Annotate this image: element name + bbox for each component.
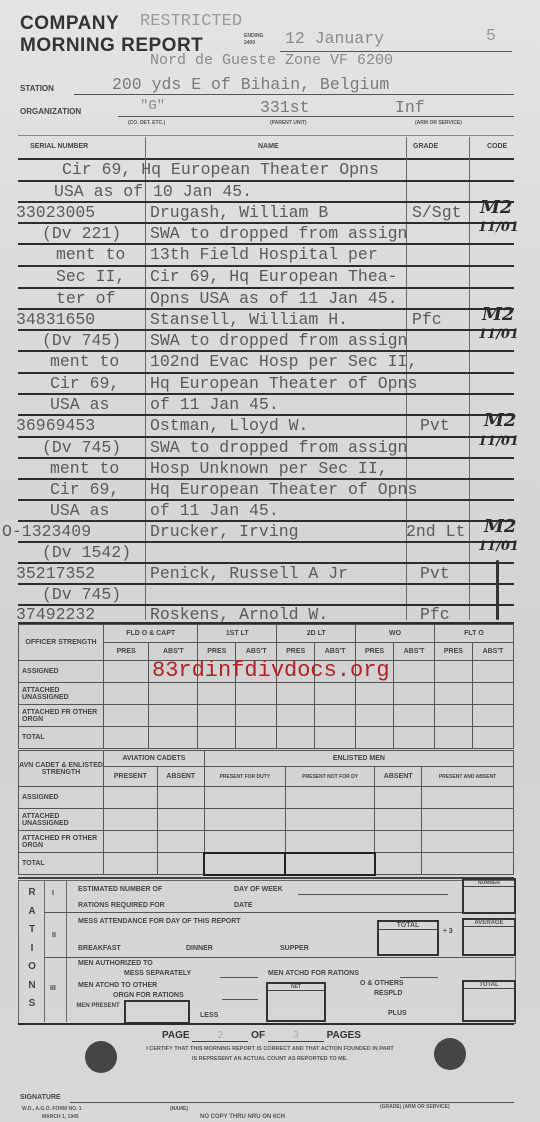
- line-text: of 11 Jan 45.: [150, 395, 279, 414]
- cell[interactable]: [236, 683, 277, 705]
- line-text: SWA to dropped from assign: [150, 224, 407, 243]
- organization-label: ORGANIZATION: [20, 107, 81, 116]
- cell[interactable]: [315, 727, 356, 749]
- line-text: Hosp Unknown per Sec II,: [150, 459, 388, 478]
- total-box-section3[interactable]: TOTAL: [462, 980, 516, 1022]
- form-date: MARCH 1, 1945: [42, 1114, 79, 1120]
- col-serial-number: SERIAL NUMBER: [30, 143, 88, 150]
- cell[interactable]: [435, 661, 473, 683]
- enlisted-strength-title: AVN CADET & ENLISTED STRENGTH: [19, 751, 104, 787]
- line-text: 102nd Evac Hosp per Sec II,: [150, 352, 417, 371]
- ending-label: ENDING 2400: [244, 33, 272, 47]
- dinner-label: DINNER: [186, 945, 213, 952]
- soldier-name: Stansell, William H.: [150, 310, 348, 329]
- col-present-not-for-duty: PRESENT NOT FOR DY: [285, 767, 374, 787]
- cell[interactable]: [236, 727, 277, 749]
- grade: 2nd Lt: [406, 522, 465, 541]
- line-text: 13th Field Hospital per: [150, 245, 378, 264]
- of-label: OF: [251, 1030, 265, 1041]
- serial-number: O-1323409: [2, 522, 91, 541]
- cell[interactable]: [422, 787, 514, 809]
- name-label: (NAME): [170, 1106, 188, 1112]
- aviation-cadets-header: AVIATION CADETS: [104, 751, 205, 767]
- supper-label: SUPPER: [280, 945, 309, 952]
- men-present-box[interactable]: [124, 1000, 190, 1024]
- page-number: 2: [192, 1030, 248, 1042]
- cell[interactable]: [104, 727, 149, 749]
- cell[interactable]: [277, 683, 315, 705]
- line-serial: USA as: [50, 501, 109, 520]
- cell[interactable]: [356, 705, 394, 727]
- rations-required-label: RATIONS REQUIRED FOR: [78, 902, 165, 909]
- row-label-assigned: ASSIGNED: [19, 787, 104, 809]
- men-atchd-for-rations-label: MEN ATCHD FOR RATIONS: [268, 970, 359, 977]
- restricted-stamp: RESTRICTED: [140, 12, 242, 31]
- serial-number: 34831650: [16, 310, 95, 329]
- cell-total-pnfd[interactable]: [285, 853, 374, 875]
- cell[interactable]: [198, 727, 236, 749]
- net-box[interactable]: NET: [266, 982, 326, 1022]
- cell[interactable]: [277, 727, 315, 749]
- total-box[interactable]: TOTAL: [377, 920, 439, 956]
- breakfast-label: BREAKFAST: [78, 945, 121, 952]
- sub-header-abst: ABS'T: [472, 643, 513, 661]
- soldier-name: Drucker, Irving: [150, 522, 299, 541]
- number-box[interactable]: NUMBER: [462, 878, 516, 914]
- line-serial: Cir 69,: [50, 374, 119, 393]
- officer-strength-title: OFFICER STRENGTH: [19, 625, 104, 661]
- day-of-week-label: DAY OF WEEK: [234, 886, 283, 893]
- respld-label: RESPLD: [374, 990, 402, 997]
- officer-strength-table: OFFICER STRENGTH FLD O & CAPT 1ST LT 2D …: [18, 624, 514, 749]
- cell[interactable]: [104, 831, 158, 853]
- org-arm: Inf: [395, 98, 425, 117]
- cell[interactable]: [157, 853, 204, 875]
- group-header: FLD O & CAPT: [104, 625, 198, 643]
- cell[interactable]: [375, 853, 422, 875]
- serial-number: 36969453: [16, 416, 95, 435]
- serial-number: 35217352: [16, 564, 95, 583]
- code-date: 11/01: [478, 220, 519, 235]
- row-label-total: TOTAL: [19, 727, 104, 749]
- cell[interactable]: [393, 705, 434, 727]
- certification-text: I CERTIFY THAT THIS MORNING REPORT IS CO…: [145, 1044, 395, 1064]
- cell[interactable]: [204, 831, 285, 853]
- pages-total: 3: [268, 1030, 324, 1042]
- cell[interactable]: [104, 809, 158, 831]
- punch-hole-right: [434, 1038, 466, 1070]
- less-label: LESS: [200, 1012, 218, 1019]
- col-absent: ABSENT: [157, 767, 204, 787]
- signature-label: SIGNATURE: [20, 1094, 61, 1101]
- page-indicator: PAGE 2 OF 3 PAGES: [162, 1030, 361, 1042]
- grade: S/Sgt: [412, 203, 462, 222]
- bracket-mark: [496, 560, 499, 620]
- cell[interactable]: [149, 705, 198, 727]
- cell[interactable]: [104, 787, 158, 809]
- row-label-attached-unassigned: ATTACHED UNASSIGNED: [19, 683, 104, 705]
- orgn-for-rations-label: ORGN FOR RATIONS: [113, 992, 184, 999]
- form-title-company: COMPANY: [20, 13, 119, 34]
- row-label-assigned: ASSIGNED: [19, 661, 104, 683]
- line-text: Opns USA as of 11 Jan 45.: [150, 289, 398, 308]
- col-present-and-absent: PRESENT AND ABSENT: [422, 767, 514, 787]
- cell[interactable]: [149, 683, 198, 705]
- morning-report-page: COMPANY MORNING REPORT RESTRICTED ENDING…: [0, 0, 540, 1122]
- line-text: USA as of 10 Jan 45.: [54, 182, 252, 201]
- cell[interactable]: [356, 683, 394, 705]
- cell[interactable]: [285, 831, 374, 853]
- cell[interactable]: [285, 809, 374, 831]
- men-present-label: MEN PRESENT: [74, 1003, 122, 1009]
- line-serial: Cir 69,: [50, 480, 119, 499]
- cell[interactable]: [157, 831, 204, 853]
- org-company: "G": [140, 98, 165, 114]
- estimated-number-label: ESTIMATED NUMBER OF: [78, 886, 162, 893]
- group-header: 2D LT: [277, 625, 356, 643]
- col-name: NAME: [258, 143, 279, 150]
- report-year-digit: 5: [486, 26, 496, 45]
- cell[interactable]: [198, 683, 236, 705]
- line-serial: (Dv 745): [42, 585, 121, 604]
- cell[interactable]: [157, 787, 204, 809]
- row-label-attached-fr-other: ATTACHED FR OTHER ORGN: [19, 705, 104, 727]
- cell[interactable]: [422, 853, 514, 875]
- cell[interactable]: [472, 683, 513, 705]
- cell[interactable]: [236, 705, 277, 727]
- sub-label-co: (CO. DET. ETC.): [128, 120, 165, 126]
- line-serial: (Dv 1542): [42, 543, 131, 562]
- watermark-link[interactable]: 83rdinfdivdocs.org: [152, 658, 390, 683]
- line-serial: (Dv 221): [42, 224, 121, 243]
- cell[interactable]: [198, 705, 236, 727]
- cell[interactable]: [356, 727, 394, 749]
- line-serial: USA as: [50, 395, 109, 414]
- cell-total-pfd[interactable]: [204, 853, 285, 875]
- date-label: DATE: [234, 902, 253, 909]
- line-serial: (Dv 745): [42, 331, 121, 350]
- col-present: PRESENT: [104, 767, 158, 787]
- cell[interactable]: [277, 705, 315, 727]
- soldier-name: Penick, Russell A Jr: [150, 564, 348, 583]
- soldier-name: Drugash, William B: [150, 203, 328, 222]
- mess-attendance-label: MESS ATTENDANCE FOR DAY OF THIS REPORT: [78, 918, 241, 925]
- org-parent-unit: 331st: [260, 98, 310, 117]
- rations-side-label: RATIONS: [26, 884, 38, 1014]
- sub-label-arm: (ARM OR SERVICE): [415, 120, 462, 126]
- cell[interactable]: [285, 787, 374, 809]
- row-label-attached-unassigned: ATTACHED UNASSIGNED: [19, 809, 104, 831]
- grade: Pfc: [412, 310, 442, 329]
- cell[interactable]: [435, 705, 473, 727]
- row-label-total: TOTAL: [19, 853, 104, 875]
- code-date: 11/01: [478, 434, 519, 449]
- col-present-for-duty: PRESENT FOR DUTY: [204, 767, 285, 787]
- grade-arm-label: (GRADE) (ARM OR SERVICE): [380, 1104, 450, 1110]
- others-label: O & OTHERS: [360, 980, 404, 987]
- line-text: Cir 69, Hq European Theater Opns: [62, 160, 379, 179]
- section-3-numeral: III: [50, 985, 56, 992]
- code-mark: M2: [482, 304, 514, 325]
- line-text: SWA to dropped from assign: [150, 438, 407, 457]
- average-box[interactable]: AVERAGE: [462, 918, 516, 956]
- enlisted-men-header: ENLISTED MEN: [204, 751, 513, 767]
- sub-header-pres: PRES: [435, 643, 473, 661]
- cell[interactable]: [375, 831, 422, 853]
- cell[interactable]: [104, 853, 158, 875]
- cell[interactable]: [393, 683, 434, 705]
- col-absent-em: ABSENT: [375, 767, 422, 787]
- cell[interactable]: [435, 683, 473, 705]
- location-line: Nord de Gueste Zone VF 6200: [150, 52, 393, 69]
- line-serial: Sec II,: [56, 267, 125, 286]
- soldier-name: Ostman, Lloyd W.: [150, 416, 308, 435]
- men-authorized-label: MEN AUTHORIZED TO: [78, 960, 153, 967]
- cell[interactable]: [104, 705, 149, 727]
- sub-label-parent: (PARENT UNIT): [270, 120, 307, 126]
- mess-separately-label: MESS SEPARATELY: [124, 970, 191, 977]
- code-mark: M2: [480, 197, 512, 218]
- pages-label: PAGES: [327, 1030, 361, 1041]
- cell[interactable]: [204, 787, 285, 809]
- line-serial: ter of: [56, 289, 115, 308]
- page-label: PAGE: [162, 1030, 190, 1041]
- code-date: 11/01: [478, 539, 519, 554]
- men-atchd-to-other-label: MEN ATCHD TO OTHER: [78, 982, 157, 989]
- cell[interactable]: [157, 809, 204, 831]
- group-header: 1ST LT: [198, 625, 277, 643]
- cell[interactable]: [422, 831, 514, 853]
- cell[interactable]: [472, 727, 513, 749]
- group-header: WO: [356, 625, 435, 643]
- cell[interactable]: [472, 661, 513, 683]
- cell[interactable]: [472, 705, 513, 727]
- serial-number: 33023005: [16, 203, 95, 222]
- code-mark: M2: [484, 516, 516, 537]
- line-serial: ment to: [50, 459, 119, 478]
- station-value: 200 yds E of Bihain, Belgium: [112, 75, 389, 94]
- section-2-numeral: II: [52, 932, 56, 939]
- cell[interactable]: [104, 661, 149, 683]
- cell[interactable]: [375, 787, 422, 809]
- cell[interactable]: [315, 705, 356, 727]
- sub-header-abst: ABS'T: [393, 643, 434, 661]
- line-serial: ment to: [56, 245, 125, 264]
- cell[interactable]: [104, 683, 149, 705]
- row-label-attached-fr-other: ATTACHED FR OTHER ORGN: [19, 831, 104, 853]
- grade: Pvt: [420, 416, 450, 435]
- code-mark: M2: [484, 410, 516, 431]
- sub-header-pres: PRES: [104, 643, 149, 661]
- group-header: FLT O: [435, 625, 514, 643]
- cell[interactable]: [393, 727, 434, 749]
- line-text: of 11 Jan 45.: [150, 501, 279, 520]
- cell[interactable]: [315, 683, 356, 705]
- cell[interactable]: [422, 809, 514, 831]
- divide-by-three: ÷ 3: [443, 928, 453, 935]
- cell[interactable]: [393, 661, 434, 683]
- cell[interactable]: [375, 809, 422, 831]
- line-text: SWA to dropped from assign: [150, 331, 407, 350]
- report-date: 12 January: [285, 29, 384, 48]
- cell[interactable]: [435, 727, 473, 749]
- form-number: W.D., A.G.O. FORM NO. 1: [22, 1106, 82, 1112]
- line-serial: (Dv 745): [42, 438, 121, 457]
- enlisted-strength-table: AVN CADET & ENLISTED STRENGTH AVIATION C…: [18, 750, 514, 876]
- col-code: CODE: [487, 143, 507, 150]
- grade: Pvt: [420, 564, 450, 583]
- code-date: 11/01: [478, 327, 519, 342]
- col-grade: GRADE: [413, 143, 438, 150]
- line-text: Cir 69, Hq European Thea-: [150, 267, 398, 286]
- cell[interactable]: [204, 809, 285, 831]
- punch-hole-left: [85, 1041, 117, 1073]
- signature-line[interactable]: [70, 1102, 514, 1103]
- line-text: Hq European Theater of Opns: [150, 374, 417, 393]
- plus-label: PLUS: [388, 1010, 407, 1017]
- line-text: Hq European Theater of Opns: [150, 480, 417, 499]
- line-serial: ment to: [50, 352, 119, 371]
- cell[interactable]: [149, 727, 198, 749]
- station-label: STATION: [20, 84, 54, 93]
- section-1-numeral: I: [52, 890, 54, 897]
- bottom-note: NO COPY THRU NRU ON 6CH: [200, 1114, 285, 1120]
